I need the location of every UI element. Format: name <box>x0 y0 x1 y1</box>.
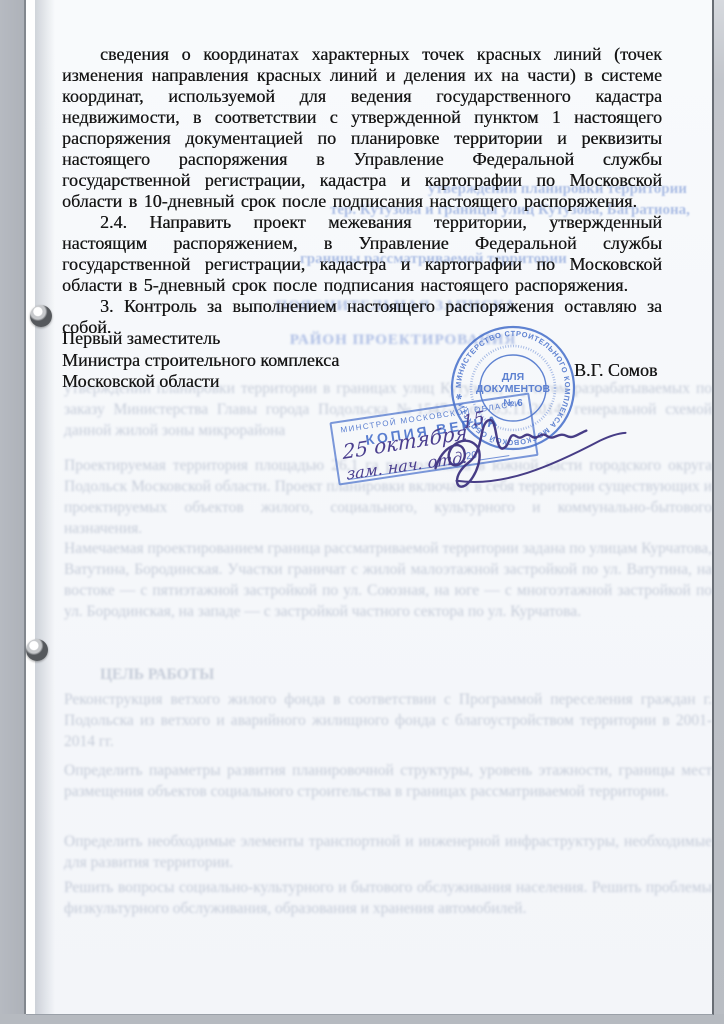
bleedthrough-paragraph: Намечаемая проектированием граница рассм… <box>64 538 712 622</box>
page-left-highlight <box>26 0 35 1014</box>
scan-background-bottom <box>0 1014 724 1024</box>
paragraph-coordinates: сведения о координатах характерных точек… <box>62 44 662 212</box>
signoff-title-line: Министра строительного комплекса <box>62 350 339 372</box>
bleedthrough-heading: ЦЕЛЬ РАБОТЫ <box>100 664 300 685</box>
page-left-shadow <box>35 0 55 1014</box>
bleedthrough-paragraph: Определить параметры развития планировоч… <box>64 760 712 802</box>
signoff-block: Первый заместитель Министра строительног… <box>62 328 339 393</box>
signoff-title-line: Первый заместитель <box>62 328 339 350</box>
signoff-title-line: Московской области <box>62 371 339 393</box>
document-body: сведения о координатах характерных точек… <box>62 44 662 338</box>
hole-punch-top <box>30 305 52 327</box>
scan-background-right <box>714 0 724 1024</box>
hole-punch-bottom <box>26 639 48 661</box>
signer-name: В.Г. Сомов <box>574 360 657 381</box>
paragraph-2-4: 2.4. Направить проект межевания территор… <box>62 212 662 296</box>
bleedthrough-paragraph: Определить необходимые элементы транспор… <box>64 831 712 873</box>
scanned-document-page: утверждении планировки территории тер. К… <box>0 0 724 1024</box>
bleedthrough-paragraph: Решить вопросы социально-культурного и б… <box>64 877 712 919</box>
stamp-center-line1: ДЛЯ <box>502 371 524 383</box>
bleedthrough-paragraph: Реконструкция ветхого жилого фонда в соо… <box>64 689 712 752</box>
ink-signature <box>417 387 658 498</box>
scan-background-left <box>0 0 24 1024</box>
stamp-center-line2: ДОКУМЕНТОВ <box>476 383 551 395</box>
